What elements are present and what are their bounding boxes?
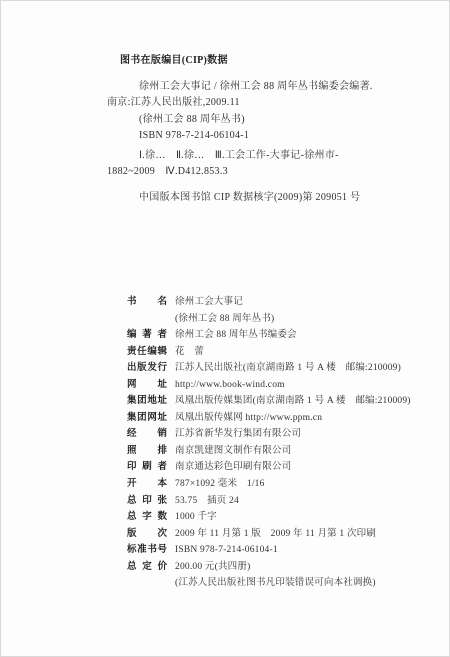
row-value: ISBN 978-7-214-06104-1 [175, 542, 278, 559]
cip-title-statement: 徐州工会大事记 / 徐州工会 88 周年丛书编委会编著. [107, 79, 417, 96]
cip-classification-line-1: Ⅰ.徐… Ⅱ.徐… Ⅲ.工会工作-大事记-徐州市- [107, 148, 417, 165]
row-value: 2009 年 11 月第 1 版 2009 年 11 月第 1 次印刷 [175, 526, 376, 543]
row-value: 花 蕾 [175, 344, 204, 361]
cip-record-number: 中国版本图书馆 CIP 数据核字(2009)第 209051 号 [107, 190, 417, 207]
row-book-title: 书名 徐州工会大事记 [127, 294, 427, 311]
row-distributor: 经销 江苏省新华发行集团有限公司 [127, 426, 427, 443]
row-label: 经销 [127, 426, 167, 443]
row-label: 责任编辑 [127, 344, 167, 361]
row-label: 编著者 [127, 327, 167, 344]
row-value: 200.00 元(共四册) [175, 559, 250, 576]
row-label: 总印张 [127, 493, 167, 510]
row-label: 版次 [127, 526, 167, 543]
colophon-section: 书名 徐州工会大事记 (徐州工会 88 周年丛书) 编著者 徐州工会 88 周年… [127, 294, 427, 592]
row-label: 开本 [127, 476, 167, 493]
row-label: 出版发行 [127, 360, 167, 377]
row-label: 照排 [127, 443, 167, 460]
cip-publisher-statement: 南京:江苏人民出版社,2009.11 [107, 95, 417, 112]
row-series-note: (徐州工会 88 周年丛书) [127, 311, 427, 328]
row-label: 标准书号 [127, 542, 167, 559]
row-publisher: 出版发行 江苏人民出版社(南京湖南路 1 号 A 楼 邮编:210009) [127, 360, 427, 377]
cip-heading: 图书在版编目(CIP)数据 [107, 53, 417, 70]
row-reprint-note: (江苏人民出版社图书凡印装错误可向本社调换) [127, 575, 427, 592]
row-typesetter: 照排 南京凯建图文制作有限公司 [127, 443, 427, 460]
copyright-page: 图书在版编目(CIP)数据 徐州工会大事记 / 徐州工会 88 周年丛书编委会编… [0, 0, 450, 657]
row-label: 集团网址 [127, 410, 167, 427]
cip-classification-line-2: 1882~2009 Ⅳ.D412.853.3 [107, 164, 417, 181]
row-value: (徐州工会 88 周年丛书) [175, 311, 274, 328]
row-standard-isbn: 标准书号 ISBN 978-7-214-06104-1 [127, 542, 427, 559]
row-label: 总字数 [127, 509, 167, 526]
row-sheets: 总印张 53.75 插页 24 [127, 493, 427, 510]
row-value: 江苏省新华发行集团有限公司 [175, 426, 301, 443]
row-website: 网址 http://www.book-wind.com [127, 377, 427, 394]
row-value: http://www.book-wind.com [175, 377, 285, 394]
cip-series-statement: (徐州工会 88 周年丛书) [107, 112, 417, 129]
row-price: 总定价 200.00 元(共四册) [127, 559, 427, 576]
row-label: 总定价 [127, 559, 167, 576]
row-value: 徐州工会 88 周年丛书编委会 [175, 327, 297, 344]
row-value: 南京通达彩色印刷有限公司 [175, 459, 291, 476]
cip-isbn: ISBN 978-7-214-06104-1 [107, 128, 417, 145]
row-value: 江苏人民出版社(南京湖南路 1 号 A 楼 邮编:210009) [175, 360, 401, 377]
row-author: 编著者 徐州工会 88 周年丛书编委会 [127, 327, 427, 344]
row-value: 南京凯建图文制作有限公司 [175, 443, 291, 460]
row-edition: 版次 2009 年 11 月第 1 版 2009 年 11 月第 1 次印刷 [127, 526, 427, 543]
row-value: 徐州工会大事记 [175, 294, 243, 311]
row-value: 凤凰出版传媒集团(南京湖南路 1 号 A 楼 邮编:210009) [175, 393, 411, 410]
row-value: 凤凰出版传媒网 http://www.ppm.cn [175, 410, 322, 427]
row-group-address: 集团地址 凤凰出版传媒集团(南京湖南路 1 号 A 楼 邮编:210009) [127, 393, 427, 410]
row-editor: 责任编辑 花 蕾 [127, 344, 427, 361]
row-value: 53.75 插页 24 [175, 493, 239, 510]
row-label: 集团地址 [127, 393, 167, 410]
row-printer: 印刷者 南京通达彩色印刷有限公司 [127, 459, 427, 476]
row-value: 787×1092 毫米 1/16 [175, 476, 265, 493]
row-group-website: 集团网址 凤凰出版传媒网 http://www.ppm.cn [127, 410, 427, 427]
row-label: 印刷者 [127, 459, 167, 476]
row-format: 开本 787×1092 毫米 1/16 [127, 476, 427, 493]
row-word-count: 总字数 1000 千字 [127, 509, 427, 526]
row-label: 网址 [127, 377, 167, 394]
row-value: (江苏人民出版社图书凡印装错误可向本社调换) [175, 575, 376, 592]
row-label: 书名 [127, 294, 167, 311]
cip-section: 图书在版编目(CIP)数据 徐州工会大事记 / 徐州工会 88 周年丛书编委会编… [107, 53, 417, 206]
row-value: 1000 千字 [175, 509, 217, 526]
